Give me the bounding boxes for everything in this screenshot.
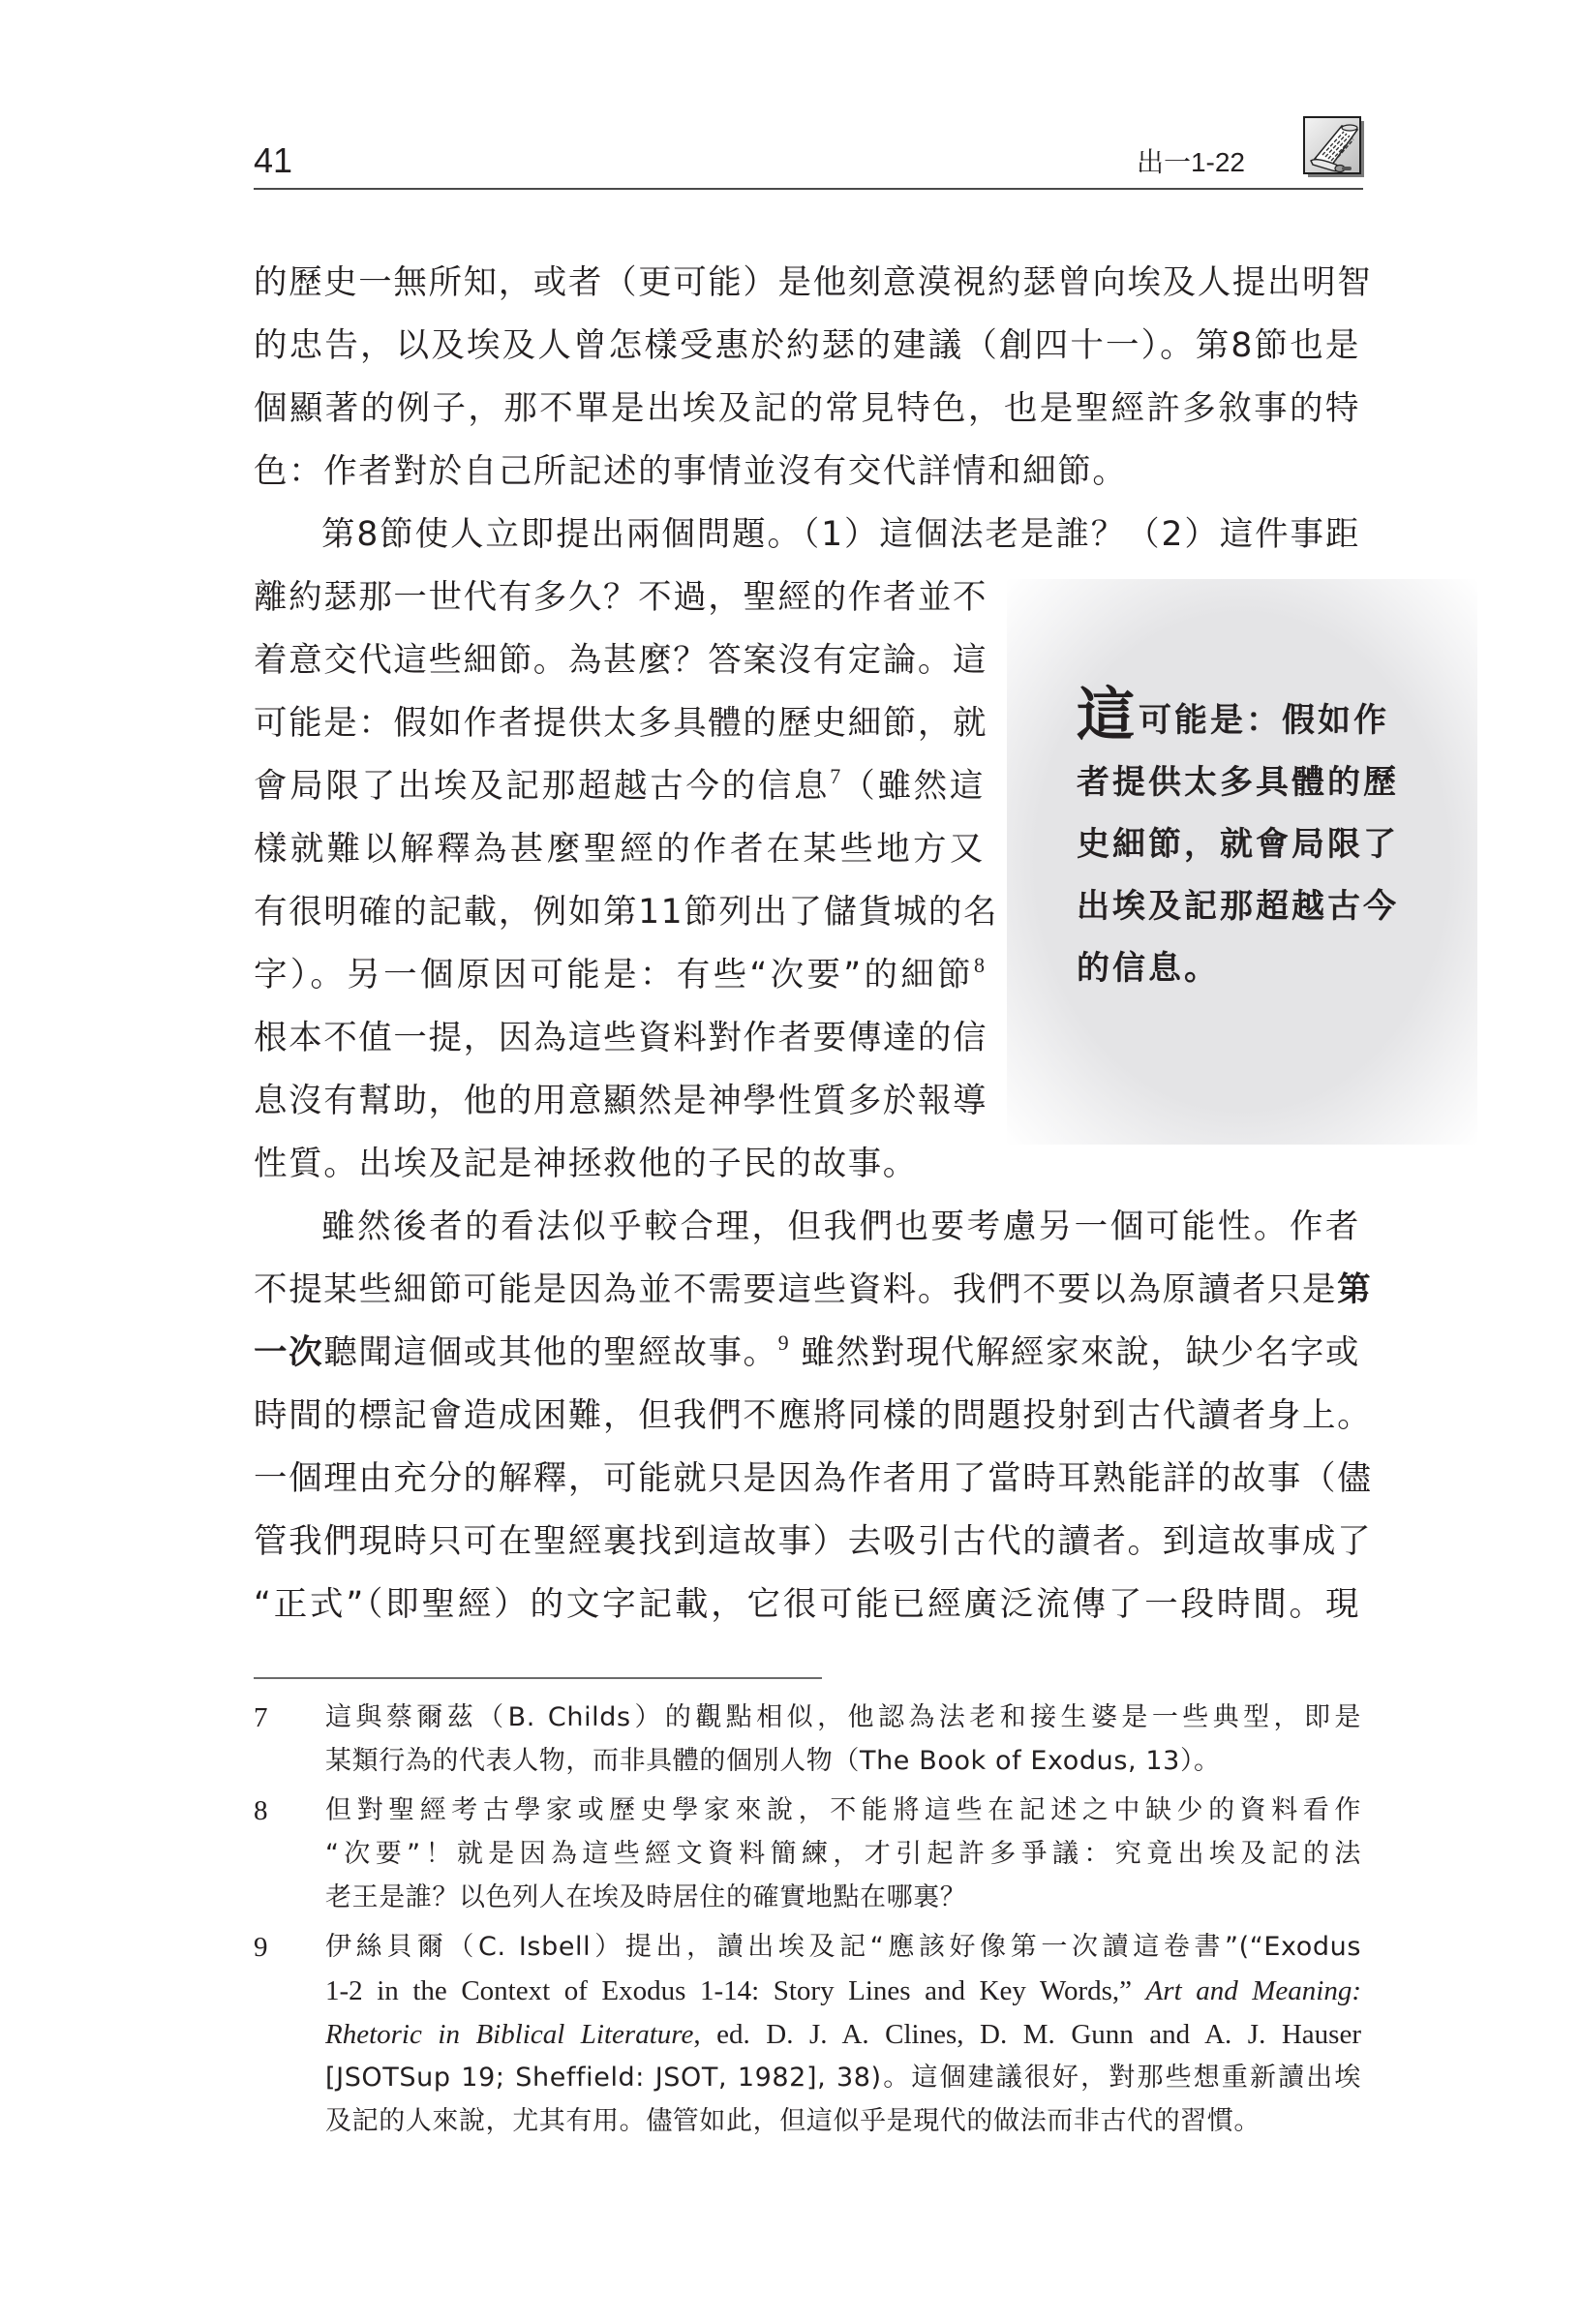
pullquote-line: 這可能是：假如作	[1077, 689, 1406, 751]
body-line: 離約瑟那一世代有多久？不過，聖經的作者並不	[254, 578, 985, 617]
footnote-ref-8[interactable]: 8	[974, 953, 985, 977]
footnote-line: 老王是誰？以色列人在埃及時居住的確實地點在哪裏？	[325, 1881, 1361, 1915]
page-number: 41	[254, 141, 292, 180]
body-line: 樣就難以解釋為甚麼聖經的作者在某些地方又	[254, 830, 985, 869]
body-line: 雖然後者的看法似乎較合理，但我們也要考慮另一個可能性。作者	[254, 1208, 1360, 1246]
book-page: 41 出一1-22 的歷史一無所知，或者（更可能）是他刻意漠視約瑟曾向埃及人提出…	[0, 0, 1580, 2324]
body-line: 可能是：假如作者提供太多具體的歷史細節，就	[254, 704, 985, 743]
scroll-icon	[1303, 116, 1367, 180]
footnote-number: 7	[254, 1700, 268, 1735]
body-text: 聽聞這個或其他的聖經故事。	[323, 1333, 777, 1372]
body-line: 着意交代這些細節。為甚麼？答案沒有定論。這	[254, 641, 985, 680]
pullquote-drop-char: 這	[1077, 682, 1135, 749]
body-line: 時間的標記會造成困難，但我們不應將同樣的問題投射到古代讀者身上。	[254, 1396, 1360, 1435]
footnote-line: 及記的人來說，尤其有用。儘管如此，但這似乎是現代的做法而非古代的習慣。	[325, 2104, 1361, 2139]
footnote-ref-9[interactable]: 9	[778, 1330, 789, 1355]
footnote-text: , ed. D. J. A. Clines, D. M. Gunn and A.…	[693, 2019, 1361, 2050]
body-line: 性質。出埃及記是神拯救他的子民的故事。	[254, 1145, 985, 1183]
footnote-line: 這與蔡爾茲（B. Childs）的觀點相似，他認為法老和接生婆是一些典型，即是	[325, 1700, 1361, 1735]
footnote-line: 伊絲貝爾（C. Isbell）提出，讀出埃及記“應該好像第一次讀這卷書”(“Ex…	[325, 1930, 1361, 1965]
emphasis-text: 第	[1337, 1270, 1372, 1309]
footnote-text: 1-2 in the Context of Exodus 1-14: Story…	[325, 1975, 1146, 2006]
header-rule	[254, 188, 1363, 190]
body-line: 根本不值一提，因為這些資料對作者要傳達的信	[254, 1019, 985, 1057]
body-line: 的歷史一無所知，或者（更可能）是他刻意漠視約瑟曾向埃及人提出明智	[254, 263, 1360, 302]
body-line: 有很明確的記載，例如第11節列出了儲貨城的名	[254, 893, 985, 932]
body-line: 個顯著的例子，那不單是出埃及記的常見特色，也是聖經許多敘事的特	[254, 389, 1360, 428]
body-text: （雖然這	[840, 767, 985, 806]
pullquote-text: 可能是：假如作	[1139, 701, 1389, 740]
footnote-line: Rhetoric in Biblical Literature, ed. D. …	[325, 2017, 1361, 2053]
body-line: “正式”（即聖經）的文字記載，它很可能已經廣泛流傳了一段時間。現	[254, 1585, 1360, 1624]
footnote-book-title: Art and Meaning:	[1146, 1975, 1361, 2006]
footnote-rule	[254, 1677, 822, 1679]
body-line: 一次聽聞這個或其他的聖經故事。9 雖然對現代解經家來說，缺少名字或	[254, 1333, 1360, 1372]
body-line: 會局限了出埃及記那超越古今的信息7（雖然這	[254, 767, 985, 806]
pullquote-line: 的信息。	[1077, 937, 1406, 999]
body-line: 色：作者對於自己所記述的事情並沒有交代詳情和細節。	[254, 452, 1360, 491]
running-title: 出一1-22	[1137, 145, 1245, 180]
pullquote: 這可能是：假如作 者提供太多具體的歷 史細節，就會局限了 出埃及記那超越古今 的…	[1077, 689, 1406, 999]
footnote-line: 某類行為的代表人物，而非具體的個別人物（The Book of Exodus, …	[325, 1744, 1361, 1779]
body-line: 管我們現時只可在聖經裏找到這故事）去吸引古代的讀者。到這故事成了	[254, 1522, 1360, 1561]
footnote-line: [JSOTSup 19; Sheffield: JSOT, 1982], 38)…	[325, 2061, 1361, 2095]
body-line: 一個理由充分的解釋，可能就只是因為作者用了當時耳熟能詳的故事（儘	[254, 1459, 1360, 1498]
footnote-line: 但對聖經考古學家或歷史學家來說，不能將這些在記述之中缺少的資料看作	[325, 1793, 1361, 1828]
body-text: 字）。另一個原因可能是：有些“次要”的細節	[254, 956, 974, 994]
emphasis-text: 一次	[254, 1333, 323, 1372]
pullquote-line: 史細節，就會局限了	[1077, 813, 1406, 875]
body-text: 不提某些細節可能是因為並不需要這些資料。我們不要以為原讀者只是	[254, 1270, 1337, 1309]
pullquote-line: 出埃及記那超越古今	[1077, 875, 1406, 937]
body-line: 的忠告，以及埃及人曾怎樣受惠於約瑟的建議（創四十一）。第8節也是	[254, 326, 1360, 365]
footnote-book-title: Rhetoric in Biblical Literature	[325, 2019, 693, 2050]
body-text: 雖然對現代解經家來說，缺少名字或	[801, 1333, 1360, 1372]
body-line: 不提某些細節可能是因為並不需要這些資料。我們不要以為原讀者只是第	[254, 1270, 1360, 1309]
footnote-number: 8	[254, 1793, 268, 1828]
pullquote-line: 者提供太多具體的歷	[1077, 751, 1406, 813]
footnote-number: 9	[254, 1930, 268, 1965]
footnote-ref-7[interactable]: 7	[830, 764, 840, 788]
body-text: 會局限了出埃及記那超越古今的信息	[254, 767, 830, 806]
body-line: 字）。另一個原因可能是：有些“次要”的細節8	[254, 956, 985, 994]
body-line: 息沒有幫助，他的用意顯然是神學性質多於報導	[254, 1082, 985, 1120]
footnote-line: “次要”！就是因為這些經文資料簡練，才引起許多爭議：究竟出埃及記的法	[325, 1837, 1361, 1872]
body-line: 第8節使人立即提出兩個問題。（1）這個法老是誰？（2）這件事距	[254, 515, 1360, 554]
footnote-line: 1-2 in the Context of Exodus 1-14: Story…	[325, 1973, 1361, 2009]
